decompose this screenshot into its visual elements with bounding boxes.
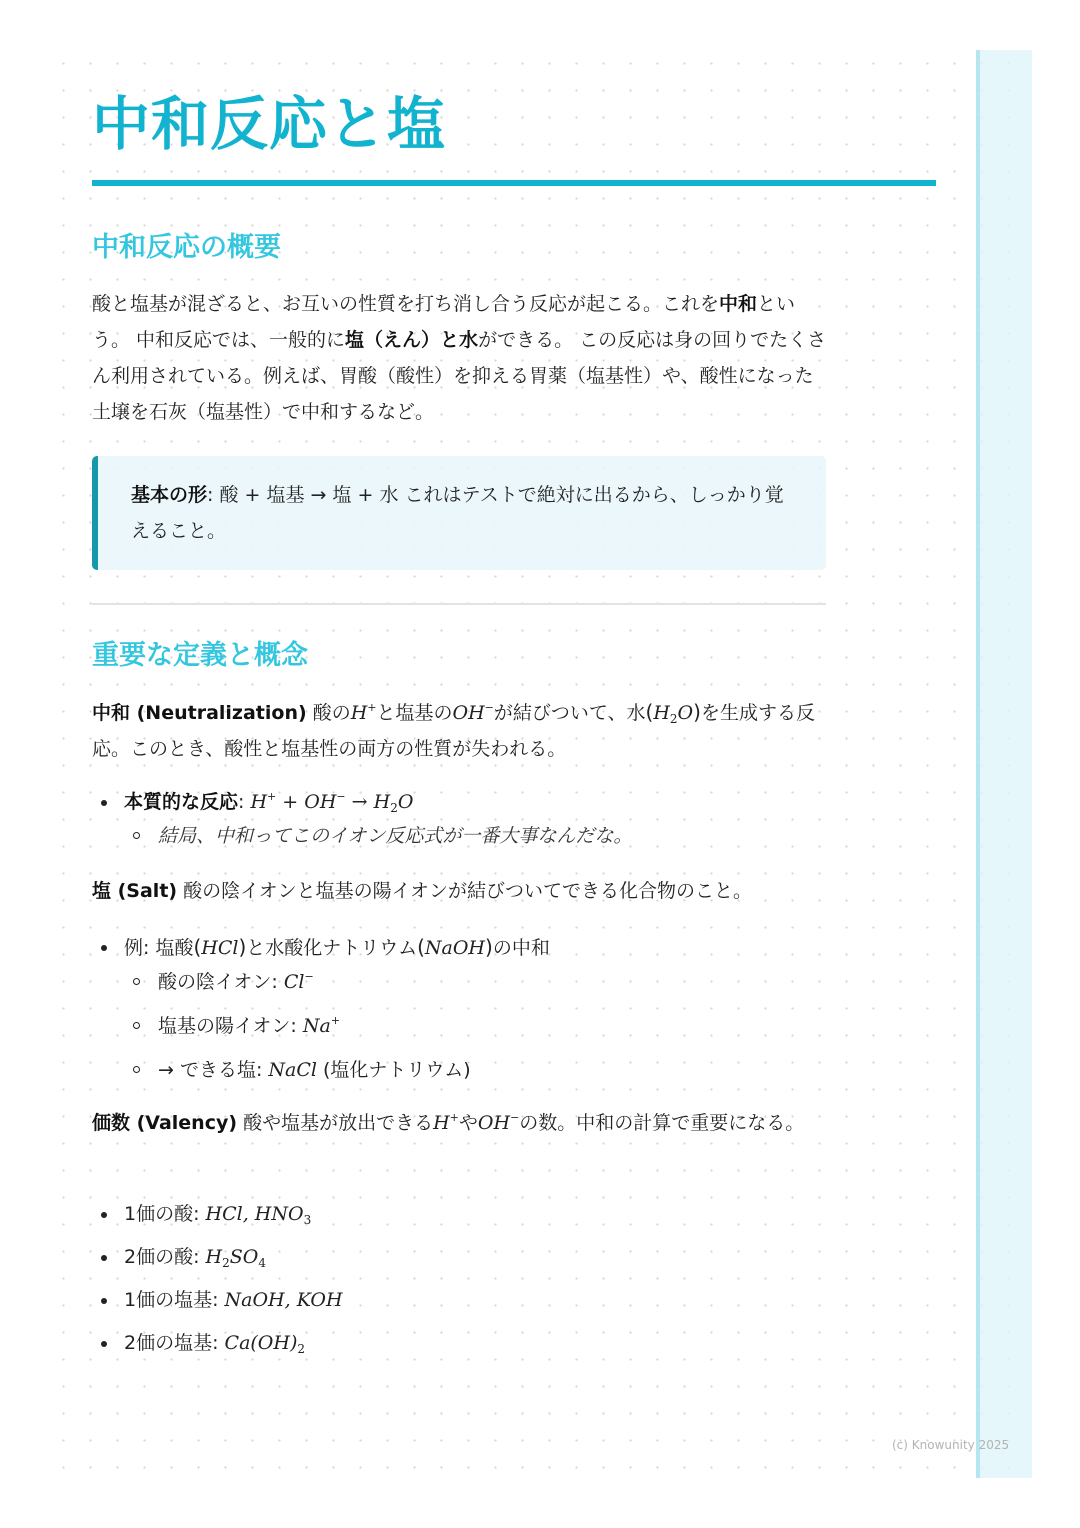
- math-nacl: NaCl: [268, 1059, 317, 1081]
- math-formula: HCl, HNO3: [206, 1203, 312, 1225]
- page-title: 中和反応と塩: [92, 80, 828, 168]
- text: (塩化ナトリウム): [317, 1059, 471, 1081]
- callout-basic-form: 基本の形: 酸 + 塩基 → 塩 + 水 これはテストで絶対に出るから、しっかり…: [92, 456, 826, 570]
- math-symbol: Cl: [284, 971, 305, 993]
- text: の中和: [493, 937, 550, 959]
- superscript: −: [336, 790, 345, 803]
- callout-label: 基本の形: [131, 484, 207, 506]
- text: 酸と塩基が混ざると、お互いの性質を打ち消し合う反応が起こる。これを: [92, 293, 719, 315]
- math-symbol: H: [374, 791, 391, 813]
- math-na-plus: Na+: [303, 1015, 340, 1037]
- text: 酸や塩基が放出できる: [237, 1112, 433, 1134]
- sub-list: 結局、中和ってこのイオン反応式が一番大事なんだな。: [124, 819, 832, 853]
- list-item: 1価の酸: HCl, HNO3: [92, 1197, 832, 1231]
- math-symbol: H: [351, 702, 368, 724]
- text: 1価の塩基:: [124, 1289, 225, 1311]
- title-block: 中和反応と塩: [92, 80, 828, 168]
- list-item: 1価の塩基: NaOH, KOH: [92, 1283, 832, 1317]
- subscript: 3: [304, 1213, 312, 1227]
- section-heading-definitions: 重要な定義と概念: [92, 636, 308, 676]
- text: 酸の: [307, 702, 351, 724]
- subscript: 2: [390, 801, 398, 815]
- math-symbol: OH: [478, 1112, 510, 1134]
- section-heading-overview: 中和反応の概要: [92, 228, 281, 268]
- math-formula: NaOH, KOH: [225, 1289, 343, 1311]
- paren: ): [485, 935, 493, 959]
- overview-paragraph: 酸と塩基が混ざると、お互いの性質を打ち消し合う反応が起こる。これを中和という。 …: [92, 286, 832, 430]
- text: 1価の酸:: [124, 1203, 206, 1225]
- math-h-plus: H+: [351, 702, 377, 724]
- list-item: 本質的な反応: H+ + OH− → H2O 結局、中和ってこのイオン反応式が一…: [92, 785, 832, 853]
- sub-list: 酸の陰イオン: Cl− 塩基の陽イオン: Na+ → できる塩: NaCl (塩…: [124, 965, 832, 1087]
- bold-term: 塩（えん）と水: [345, 329, 478, 351]
- list-item: 2価の塩基: Ca(OH)2: [92, 1326, 832, 1360]
- definition-salt: 塩 (Salt) 酸の陰イオンと塩基の陽イオンが結びついてできる化合物のこと。: [92, 873, 832, 909]
- math-formula: H2SO4: [206, 1246, 266, 1268]
- superscript: −: [510, 1111, 519, 1124]
- math-cl-minus: Cl−: [284, 971, 314, 993]
- superscript: −: [485, 701, 494, 714]
- math-symbol: H: [206, 1246, 223, 1268]
- text: や: [459, 1112, 478, 1134]
- paren: (: [417, 935, 425, 959]
- valency-bullets: 1価の酸: HCl, HNO3 2価の酸: H2SO4 1価の塩基: NaOH,…: [92, 1197, 832, 1360]
- math-symbol: HCl, HNO: [206, 1203, 304, 1225]
- text: 酸の陰イオンと塩基の陽イオンが結びついてできる化合物のこと。: [177, 880, 752, 902]
- list-item: 結局、中和ってこのイオン反応式が一番大事なんだな。: [124, 819, 832, 853]
- section-divider: [92, 603, 826, 605]
- text: 例: 塩酸: [124, 937, 193, 959]
- salt-bullets: 例: 塩酸(HCl)と水酸化ナトリウム(NaOH)の中和 酸の陰イオン: Cl−…: [92, 930, 832, 1087]
- math-symbol: O: [398, 791, 414, 813]
- superscript: +: [331, 1014, 340, 1027]
- math-oh-minus: OH−: [478, 1112, 519, 1134]
- subscript: 2: [222, 1256, 230, 1270]
- math-h-plus: H+: [433, 1112, 459, 1134]
- text: と塩基の: [377, 702, 453, 724]
- math-hcl: HCl: [201, 937, 238, 959]
- math-symbol: H: [250, 791, 267, 813]
- list-item: 酸の陰イオン: Cl−: [124, 965, 832, 999]
- text: の数。中和の計算で重要になる。: [519, 1112, 804, 1134]
- list-item: 塩基の陽イオン: Na+: [124, 1009, 832, 1043]
- arrow-icon: →: [346, 791, 374, 813]
- ionic-equation: H+ + OH− → H2O: [250, 791, 413, 813]
- callout-body: : 酸 + 塩基 → 塩 + 水 これはテストで絶対に出るから、しっかり覚えるこ…: [131, 484, 784, 542]
- title-underline: [92, 180, 936, 186]
- math-oh-minus: OH−: [453, 702, 494, 724]
- superscript: −: [305, 970, 314, 983]
- text: が結びついて、水: [494, 702, 646, 724]
- text: と水酸化ナトリウム: [246, 937, 417, 959]
- superscript: +: [367, 701, 376, 714]
- list-item: → できる塩: NaCl (塩化ナトリウム): [124, 1053, 832, 1087]
- math-symbol: Na: [303, 1015, 331, 1037]
- list-item: 2価の酸: H2SO4: [92, 1240, 832, 1274]
- neutralization-bullets: 本質的な反応: H+ + OH− → H2O 結局、中和ってこのイオン反応式が一…: [92, 785, 832, 853]
- math-symbol: H: [433, 1112, 450, 1134]
- list-item: 例: 塩酸(HCl)と水酸化ナトリウム(NaOH)の中和 酸の陰イオン: Cl−…: [92, 930, 832, 1087]
- side-margin-strip: [976, 50, 1032, 1478]
- math-naoh: NaOH: [425, 937, 485, 959]
- text: 塩基の陽イオン:: [158, 1015, 303, 1037]
- subscript: 2: [670, 712, 678, 726]
- text: :: [238, 791, 250, 813]
- paren: ): [693, 700, 701, 724]
- math-symbol: O: [678, 702, 694, 724]
- term-label: 中和 (Neutralization): [92, 702, 307, 724]
- math-operator: +: [276, 791, 304, 813]
- text: 酸の陰イオン:: [158, 971, 284, 993]
- bullet-label: 本質的な反応: [124, 791, 238, 813]
- term-label: 塩 (Salt): [92, 880, 177, 902]
- subscript: 4: [258, 1256, 266, 1270]
- text: 2価の塩基:: [124, 1332, 225, 1354]
- math-symbol: Ca(OH): [225, 1332, 298, 1354]
- text: → できる塩:: [158, 1059, 268, 1081]
- bold-term: 中和: [719, 293, 757, 315]
- text: 2価の酸:: [124, 1246, 206, 1268]
- math-symbol: OH: [304, 791, 336, 813]
- subscript: 2: [297, 1342, 305, 1356]
- math-symbol: H: [653, 702, 670, 724]
- term-label: 価数 (Valency): [92, 1112, 237, 1134]
- math-symbol: OH: [453, 702, 485, 724]
- math-formula: Ca(OH)2: [225, 1332, 305, 1354]
- superscript: +: [267, 790, 276, 803]
- definition-neutralization: 中和 (Neutralization) 酸のH+と塩基のOH−が結びついて、水(…: [92, 694, 832, 767]
- copyright-footer: (c) Knowunity 2025: [892, 1438, 1009, 1452]
- definition-valency: 価数 (Valency) 酸や塩基が放出できるH+やOH−の数。中和の計算で重要…: [92, 1105, 832, 1141]
- callout-text: 基本の形: 酸 + 塩基 → 塩 + 水 これはテストで絶対に出るから、しっかり…: [131, 477, 796, 549]
- math-symbol: SO: [230, 1246, 259, 1268]
- superscript: +: [450, 1111, 459, 1124]
- math-h2o: H2O: [653, 702, 693, 724]
